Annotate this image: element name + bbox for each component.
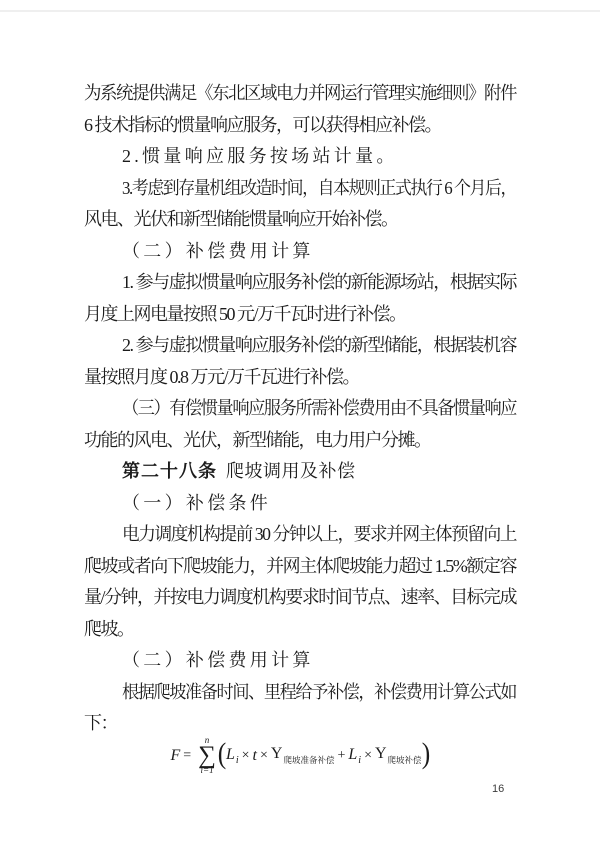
text-line: 量按照月度 0.8 万元/万千瓦进行补偿。 bbox=[84, 362, 516, 394]
text-line: 根据爬坡准备时间、里程给予补偿，补偿费用计算公式如 bbox=[84, 677, 516, 709]
text-line: 量/分钟，并按电力调度机构要求时间节点、速率、目标完成 bbox=[84, 582, 516, 614]
text-line-content: 量/分钟，并按电力调度机构要求时间节点、速率、目标完成 bbox=[84, 582, 516, 614]
plus-sign: + bbox=[337, 748, 345, 764]
article-heading: 第二十八条爬坡调用及补偿 bbox=[84, 456, 516, 488]
text-line: （三）有偿惯量响应服务所需补偿费用由不具备惯量响应 bbox=[84, 393, 516, 425]
close-paren: ) bbox=[421, 739, 430, 769]
text-line: 3.考虑到存量机组改造时间，自本规则正式执行 6 个月后， bbox=[84, 173, 516, 205]
text-line: 电力调度机构提前 30 分钟以上，要求并网主体预留向上 bbox=[84, 519, 516, 551]
text-line: 1. 参与虚拟惯量响应服务补偿的新能源场站，根据实际 bbox=[84, 267, 516, 299]
text-line-content: 根据爬坡准备时间、里程给予补偿，补偿费用计算公式如 bbox=[122, 677, 516, 709]
text-line: 风电、光伏和新型储能惯量响应开始补偿。 bbox=[84, 204, 516, 236]
document-body: 为系统提供满足《东北区域电力并网运行管理实施细则》附件 6 技术指标的惯量响应服… bbox=[84, 78, 516, 784]
page-top-edge bbox=[0, 10, 600, 12]
text-line: 功能的风电、光伏，新型储能，电力用户分摊。 bbox=[84, 425, 516, 457]
term-1: Li bbox=[226, 746, 239, 766]
sigma-icon: ∑ bbox=[198, 745, 216, 766]
sum-lower-limit: i=1 bbox=[201, 766, 214, 775]
text-line-content: （三）有偿惯量响应服务所需补偿费用由不具备惯量响应 bbox=[122, 393, 516, 425]
text-line: 为系统提供满足《东北区域电力并网运行管理实施细则》附件 bbox=[84, 78, 516, 110]
var-t: t bbox=[253, 747, 257, 765]
text-line: （一）补偿条件 bbox=[84, 488, 516, 520]
document-page: 为系统提供满足《东北区域电力并网运行管理实施细则》附件 6 技术指标的惯量响应服… bbox=[0, 0, 600, 848]
times-sign: × bbox=[260, 748, 268, 764]
ramp-compensation-formula: F = n ∑ i=1 ( Li × t × Y爬坡准备补偿 + Li × Y爬… bbox=[84, 728, 516, 784]
times-sign: × bbox=[242, 748, 250, 764]
article-number: 第二十八条 bbox=[122, 461, 217, 481]
text-line-content: 爬坡或者向下爬坡能力，并网主体爬坡能力超过 1.5%额定容 bbox=[84, 551, 516, 583]
text-line-content: 1. 参与虚拟惯量响应服务补偿的新能源场站，根据实际 bbox=[122, 267, 516, 299]
text-line-content: 3.考虑到存量机组改造时间，自本规则正式执行 6 个月后， bbox=[122, 173, 516, 205]
formula-lhs: F bbox=[170, 747, 180, 765]
text-line: 爬坡或者向下爬坡能力，并网主体爬坡能力超过 1.5%额定容 bbox=[84, 551, 516, 583]
text-line: 月度上网电量按照 50 元/万千瓦时进行补偿。 bbox=[84, 299, 516, 331]
text-line: （二）补偿费用计算 bbox=[84, 645, 516, 677]
text-line: 爬坡。 bbox=[84, 614, 516, 646]
times-sign: × bbox=[364, 748, 372, 764]
summation-symbol: n ∑ i=1 bbox=[198, 736, 216, 775]
text-line: 2. 参与虚拟惯量响应服务补偿的新型储能，根据装机容 bbox=[84, 330, 516, 362]
text-line: （二）补偿费用计算 bbox=[84, 236, 516, 268]
text-line: 2.惯量响应服务按场站计量。 bbox=[84, 141, 516, 173]
term-4: Y爬坡补偿 bbox=[375, 745, 422, 766]
text-line-content: 电力调度机构提前 30 分钟以上，要求并网主体预留向上 bbox=[122, 519, 516, 551]
text-line: 6 技术指标的惯量响应服务，可以获得相应补偿。 bbox=[84, 110, 516, 142]
text-line-content: 2. 参与虚拟惯量响应服务补偿的新型储能，根据装机容 bbox=[122, 330, 516, 362]
text-line-content: 为系统提供满足《东北区域电力并网运行管理实施细则》附件 bbox=[84, 78, 516, 110]
term-2: Y爬坡准备补偿 bbox=[271, 745, 335, 766]
open-paren: ( bbox=[218, 739, 227, 769]
equals-sign: = bbox=[183, 748, 191, 764]
page-number: 16 bbox=[492, 783, 504, 795]
article-title: 爬坡调用及补偿 bbox=[226, 461, 356, 481]
term-3: Li bbox=[348, 746, 361, 766]
